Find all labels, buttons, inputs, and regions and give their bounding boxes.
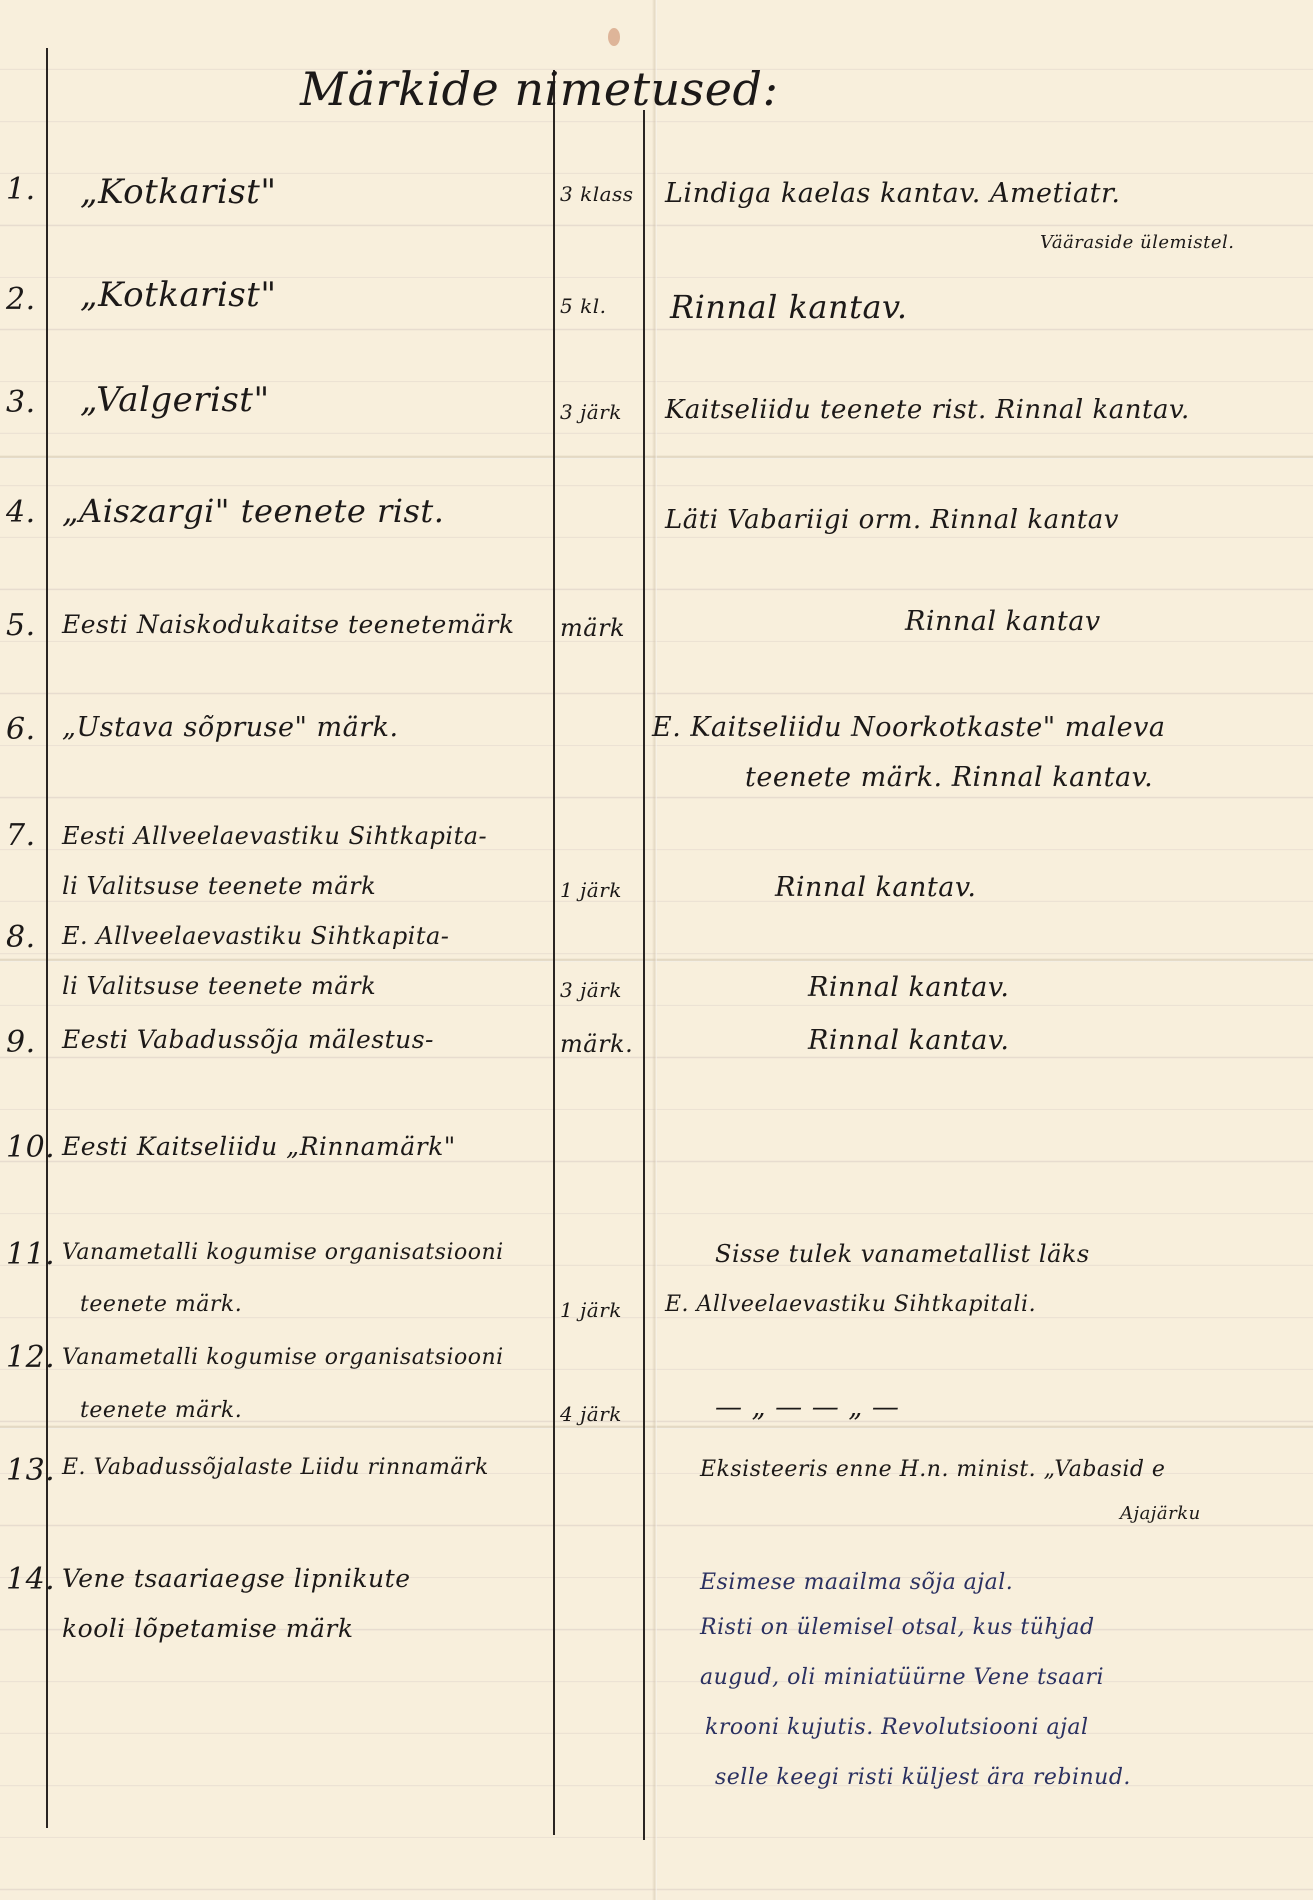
badge-name: li Valitsuse teenete märk [62, 972, 376, 1000]
badge-name: „Kotkarist" [80, 172, 276, 212]
badge-class: 1 järk [560, 1298, 622, 1322]
badge-description: Esimese maailma sõja ajal. [700, 1570, 1013, 1595]
badge-name: Vanametalli kogumise organisatsiooni [62, 1345, 504, 1370]
badge-name: Vanametalli kogumise organisatsiooni [62, 1240, 504, 1265]
handwritten-document-page: Märkide nimetused: 1. „Kotkarist" 3 klas… [0, 0, 1313, 1900]
badge-description: E. Kaitseliidu Noorkotkaste" maleva [652, 712, 1165, 743]
badge-description: Sisse tulek vanametallist läks [715, 1240, 1090, 1268]
badge-name: li Valitsuse teenete märk [62, 872, 376, 900]
badge-description: teenete märk. Rinnal kantav. [745, 762, 1153, 793]
badge-name: Eesti Kaitseliidu „Rinnamärk" [62, 1132, 456, 1161]
row-number: 6. [6, 712, 36, 747]
row-number: 3. [6, 385, 36, 420]
badge-description: Vääraside ülemistel. [1040, 232, 1234, 253]
row-number: 5. [6, 608, 36, 643]
page-title: Märkide nimetused: [300, 62, 778, 116]
badge-name: E. Vabadussõjalaste Liidu rinnamärk [62, 1455, 489, 1480]
badge-description: augud, oli miniatüürne Vene tsaari [700, 1665, 1104, 1690]
badge-description: Rinnal kantav. [670, 288, 908, 326]
ditto-marks: — „ — — „ — [715, 1392, 899, 1423]
badge-name: teenete märk. [80, 1398, 242, 1423]
badge-name: „Kotkarist" [80, 275, 276, 315]
row-number: 8. [6, 920, 36, 955]
badge-class: 3 klass [560, 182, 634, 206]
badge-description: krooni kujutis. Revolutsiooni ajal [705, 1715, 1089, 1740]
badge-description: selle keegi risti küljest ära rebinud. [715, 1765, 1131, 1790]
badge-description: Risti on ülemisel otsal, kus tühjad [700, 1615, 1095, 1640]
margin-line [46, 48, 48, 1828]
badge-description: Ajajärku [1120, 1503, 1201, 1524]
badge-description: Rinnal kantav. [808, 972, 1009, 1003]
badge-description: E. Allveelaevastiku Sihtkapitali. [665, 1292, 1036, 1317]
badge-description: Lindiga kaelas kantav. Ametiatr. [665, 178, 1121, 209]
row-number: 13. [6, 1453, 55, 1488]
badge-class: 3 järk [560, 978, 622, 1002]
row-number: 1. [6, 172, 36, 207]
row-number: 14. [6, 1562, 55, 1597]
badge-description: Läti Vabariigi orm. Rinnal kantav [665, 505, 1119, 535]
row-number: 10. [6, 1130, 55, 1165]
badge-name: Eesti Vabadussõja mälestus- [62, 1025, 434, 1054]
badge-name: „Ustava sõpruse" märk. [62, 712, 399, 743]
row-number: 11. [6, 1237, 55, 1272]
badge-description: Kaitseliidu teenete rist. Rinnal kantav. [665, 395, 1190, 425]
badge-name: „Valgerist" [80, 380, 270, 420]
badge-name: Vene tsaariaegse lipnikute [62, 1564, 411, 1593]
column-line-class [553, 70, 555, 1835]
badge-description: Rinnal kantav [905, 606, 1101, 637]
paper-stain [608, 28, 620, 46]
badge-description: Rinnal kantav. [808, 1025, 1009, 1056]
badge-class: märk. [560, 1030, 633, 1058]
badge-class: 1 järk [560, 878, 622, 902]
row-number: 9. [6, 1025, 36, 1060]
row-number: 4. [6, 495, 36, 530]
badge-class: märk [560, 614, 625, 642]
row-number: 7. [6, 818, 36, 853]
row-number: 2. [6, 282, 36, 317]
paper-fold-vertical [652, 0, 657, 1900]
badge-name: kooli lõpetamise märk [62, 1614, 353, 1643]
row-number: 12. [6, 1340, 55, 1375]
badge-class: 4 järk [560, 1402, 622, 1426]
badge-name: Eesti Allveelaevastiku Sihtkapita- [62, 822, 487, 850]
badge-name: teenete märk. [80, 1292, 242, 1317]
badge-description: Rinnal kantav. [775, 872, 976, 903]
badge-name: E. Allveelaevastiku Sihtkapita- [62, 922, 449, 950]
badge-class: 5 kl. [560, 294, 606, 318]
column-line-desc [643, 110, 645, 1840]
badge-description: Eksisteeris enne H.n. minist. „Vabasid e [700, 1457, 1165, 1482]
badge-name: „Aiszargi" teenete rist. [62, 492, 444, 530]
badge-name: Eesti Naiskodukaitse teenetemärk [62, 610, 515, 639]
badge-class: 3 järk [560, 400, 622, 424]
